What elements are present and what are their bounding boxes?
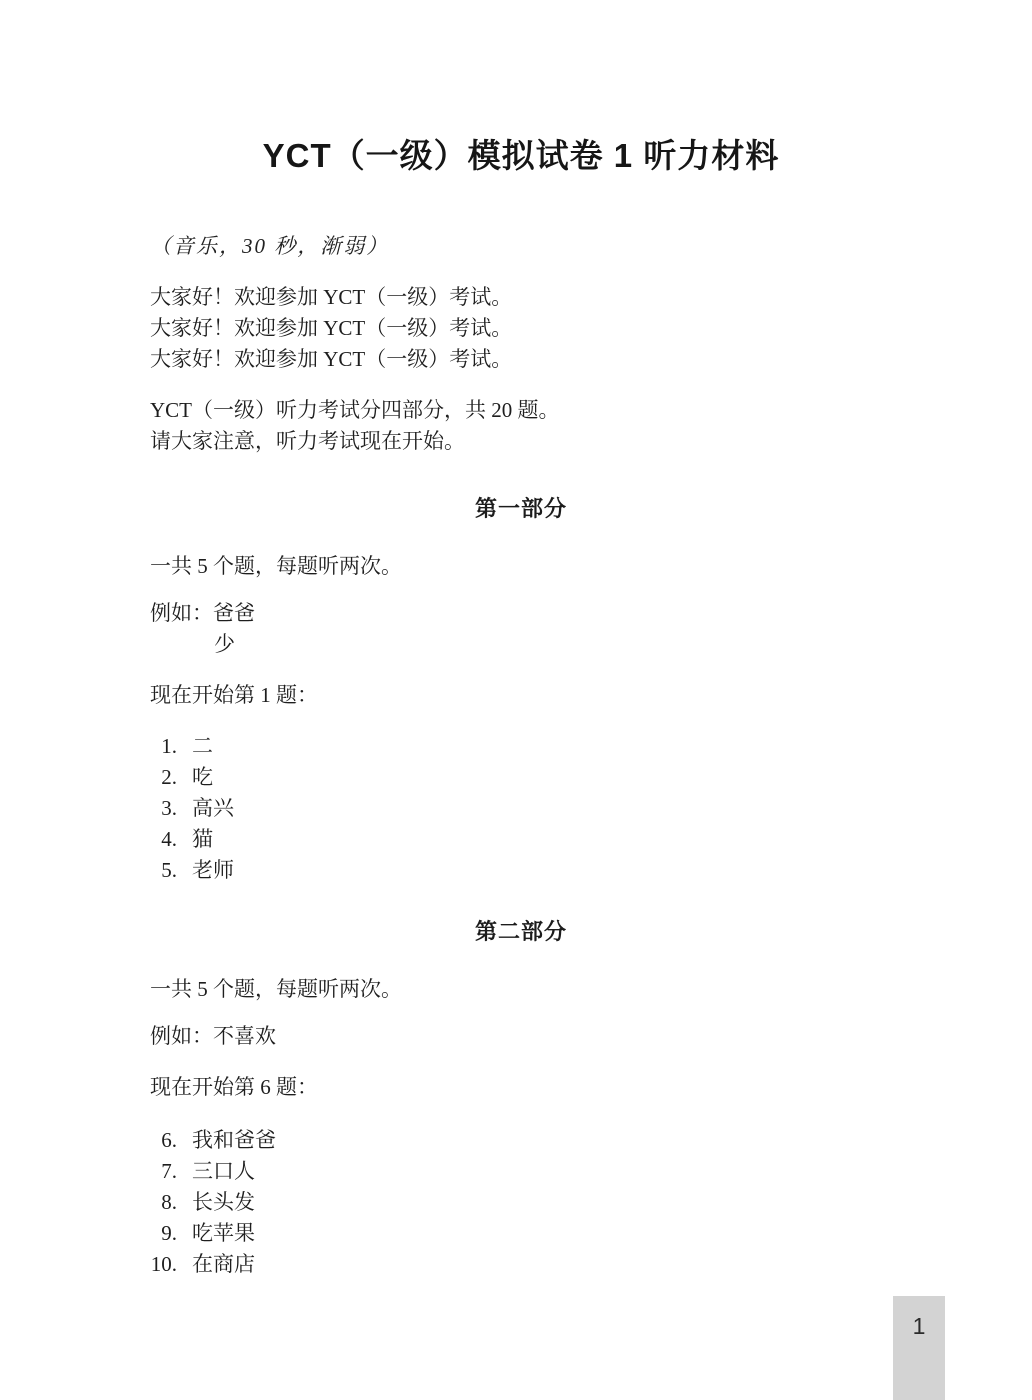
item-number: 10. xyxy=(150,1249,177,1280)
page-number: 1 xyxy=(913,1313,926,1339)
item-text: 高兴 xyxy=(192,796,234,820)
section-2-heading: 第二部分 xyxy=(150,918,892,946)
greeting-line: 大家好！欢迎参加 YCT（一级）考试。 xyxy=(150,344,892,375)
item-text: 长头发 xyxy=(192,1190,255,1214)
item-number: 7. xyxy=(150,1156,177,1187)
list-item: 10.在商店 xyxy=(150,1249,892,1280)
music-stage-direction: （音乐，30 秒，渐弱） xyxy=(150,233,892,260)
page-number-badge: 1 xyxy=(893,1296,945,1400)
item-number: 9. xyxy=(150,1218,177,1249)
item-number: 2. xyxy=(150,762,177,793)
list-item: 8.长头发 xyxy=(150,1187,892,1218)
example-word: 不喜欢 xyxy=(213,1024,276,1048)
item-number: 4. xyxy=(150,824,177,855)
item-number: 8. xyxy=(150,1187,177,1218)
section-2-instruction: 一共 5 个题，每题听两次。 xyxy=(150,974,892,1005)
section-1-item-list: 1.二 2.吃 3.高兴 4.猫 5.老师 xyxy=(150,731,892,886)
exam-attention-line: 请大家注意，听力考试现在开始。 xyxy=(150,426,892,457)
item-text: 我和爸爸 xyxy=(192,1128,276,1152)
list-item: 7.三口人 xyxy=(150,1156,892,1187)
item-number: 1. xyxy=(150,731,177,762)
example-line: 例如：爸爸 xyxy=(150,598,892,629)
list-item: 5.老师 xyxy=(150,855,892,886)
item-text: 三口人 xyxy=(192,1159,255,1183)
section-2-item-list: 6.我和爸爸 7.三口人 8.长头发 9.吃苹果 10.在商店 xyxy=(150,1125,892,1280)
list-item: 2.吃 xyxy=(150,762,892,793)
list-item: 4.猫 xyxy=(150,824,892,855)
section-2-example: 例如：不喜欢 xyxy=(150,1021,892,1052)
greeting-line: 大家好！欢迎参加 YCT（一级）考试。 xyxy=(150,313,892,344)
page-content: YCT（一级）模拟试卷 1 听力材料 （音乐，30 秒，渐弱） 大家好！欢迎参加… xyxy=(0,0,1032,1280)
exam-overview-line: YCT（一级）听力考试分四部分，共 20 题。 xyxy=(150,395,892,426)
example-label: 例如： xyxy=(150,1024,213,1048)
section-1-heading: 第一部分 xyxy=(150,495,892,523)
section-1-instruction: 一共 5 个题，每题听两次。 xyxy=(150,551,892,582)
section-1-start-line: 现在开始第 1 题： xyxy=(150,680,892,711)
item-text: 吃苹果 xyxy=(192,1221,255,1245)
item-number: 6. xyxy=(150,1125,177,1156)
page-title: YCT（一级）模拟试卷 1 听力材料 xyxy=(150,0,892,176)
list-item: 6.我和爸爸 xyxy=(150,1125,892,1156)
exam-overview-paragraph: YCT（一级）听力考试分四部分，共 20 题。 请大家注意，听力考试现在开始。 xyxy=(150,395,892,457)
section-1-example: 例如：爸爸 少 xyxy=(150,598,892,660)
item-text: 老师 xyxy=(192,858,234,882)
list-item: 1.二 xyxy=(150,731,892,762)
item-number: 5. xyxy=(150,855,177,886)
item-text: 吃 xyxy=(192,765,213,789)
item-text: 二 xyxy=(192,734,213,758)
example-line: 例如：不喜欢 xyxy=(150,1021,892,1052)
example-label: 例如： xyxy=(150,601,213,625)
document-page: YCT（一级）模拟试卷 1 听力材料 （音乐，30 秒，渐弱） 大家好！欢迎参加… xyxy=(0,0,1032,1400)
item-number: 3. xyxy=(150,793,177,824)
section-2-start-line: 现在开始第 6 题： xyxy=(150,1072,892,1103)
greeting-paragraph: 大家好！欢迎参加 YCT（一级）考试。 大家好！欢迎参加 YCT（一级）考试。 … xyxy=(150,282,892,375)
list-item: 9.吃苹果 xyxy=(150,1218,892,1249)
example-word: 爸爸 xyxy=(213,601,255,625)
item-text: 猫 xyxy=(192,827,213,851)
list-item: 3.高兴 xyxy=(150,793,892,824)
example-word: 少 xyxy=(150,629,892,660)
greeting-line: 大家好！欢迎参加 YCT（一级）考试。 xyxy=(150,282,892,313)
item-text: 在商店 xyxy=(192,1252,255,1276)
